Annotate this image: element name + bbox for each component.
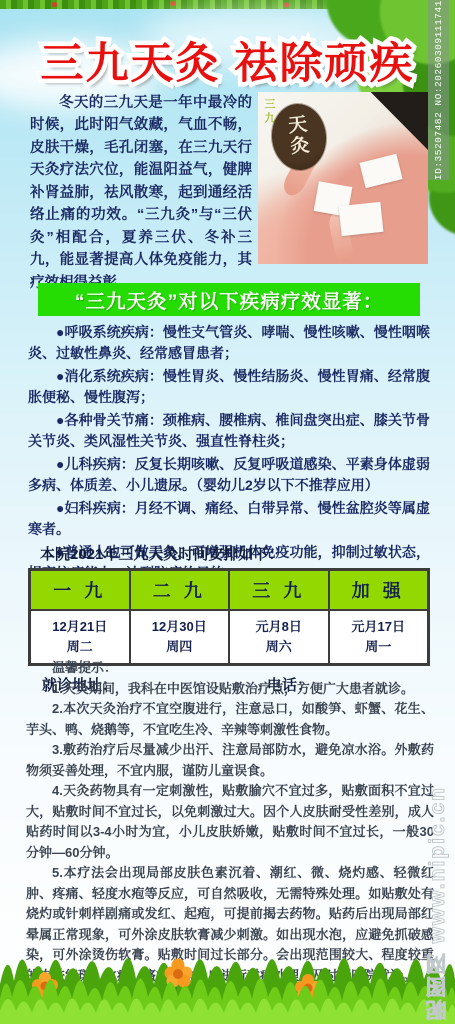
schedule-cell: 元月17日 周一: [329, 610, 429, 664]
schedule-weekday: 周六: [230, 637, 328, 657]
schedule-cell: 元月8日 周六: [229, 610, 329, 664]
schedule-col-header: 加 强: [329, 570, 429, 610]
watermark-site-logo: 昵图网 www.nipic.cn: [423, 786, 453, 1020]
tips-item-4: 4.天灸药物具有一定刺激性，贴敷腧穴不宜过多，贴敷面积不宜过大，贴敷时间不宜过长…: [26, 781, 434, 863]
schedule-weekday: 周四: [131, 637, 229, 657]
disease-item-pediatric: ●儿科疾病：反复长期咳嗽、反复呼吸道感染、平素身体虚弱多病、体质差、小儿遗尿。（…: [28, 454, 430, 496]
schedule-col-header: 二 九: [130, 570, 230, 610]
schedule-table: 一 九 二 九 三 九 加 强 12月21日 周二 12月30日 周四 元月8日…: [28, 568, 430, 666]
tianjiu-seal: 天 灸: [269, 101, 330, 172]
seal-char-bottom: 灸: [290, 136, 311, 159]
tips-item-1: 1.天灸期间，我科在中医馆设贴敷治疗点，方便广大患者就诊。: [26, 679, 434, 700]
schedule-date: 12月21日: [31, 617, 129, 637]
schedule-date: 元月17日: [330, 617, 428, 637]
moxibustion-photo: 三九 天 灸: [258, 92, 428, 264]
herbal-patch: [339, 202, 384, 236]
schedule-date: 12月30日: [131, 617, 229, 637]
disease-item-joint: ●各种骨关节痛：颈椎病、腰椎病、椎间盘突出症、膝关节骨关节炎、类风湿性关节炎、强…: [28, 410, 430, 452]
disease-item-digestive: ●消化系统疾病：慢性胃炎、慢性结肠炎、慢性胃痛、经常腹胀便秘、慢性腹泻；: [28, 366, 430, 408]
schedule-col-header: 三 九: [229, 570, 329, 610]
schedule-heading: 本院2021年三九天灸时间安排如下：: [40, 543, 430, 564]
disease-item-respiratory: ●呼吸系统疾病：慢性支气管炎、哮喘、慢性咳嗽、慢性咽喉炎、过敏性鼻炎、经常感冒患…: [28, 322, 430, 364]
schedule-col-header: 一 九: [30, 570, 130, 610]
tips-item-3: 3.敷药治疗后尽量减少出汗、注意局部防水，避免凉水浴。外敷药物须妥善处理，不宜内…: [26, 740, 434, 781]
schedule-date: 元月8日: [230, 617, 328, 637]
effect-banner: “三九天灸”对以下疾病疗效显著：: [38, 283, 420, 316]
schedule-cell: 12月30日 周四: [130, 610, 230, 664]
tips-item-2: 2.本次天灸治疗不宜空腹进行，注意忌口，如酸笋、虾蟹、花生、芋头、鸭、烧鹅等，不…: [26, 699, 434, 740]
schedule-weekday: 周一: [330, 637, 428, 657]
poster-root: 三九天灸 祛除顽疾 三九天灸 祛除顽疾 冬天的三九天是一年中最冷的时候，此时阳气…: [0, 0, 455, 1024]
schedule-weekday: 周二: [31, 637, 129, 657]
watermark-id-strip: ID:35207482 NO:20260309111741349100: [428, 0, 449, 180]
disease-item-gynecologic: ●妇科疾病：月经不调、痛经、白带异常、慢性盆腔炎等属虚寒者。: [28, 498, 430, 540]
photo-hair-shape: [358, 92, 428, 150]
grass-decoration: [0, 929, 455, 1024]
poster-title: 三九天灸 祛除顽疾 三九天灸 祛除顽疾: [0, 30, 455, 94]
schedule-cell: 12月21日 周二: [30, 610, 130, 664]
watermark-id-text: ID:35207482 NO:20260309111741349100: [433, 0, 444, 180]
tips-title: 温馨提示：: [26, 658, 434, 679]
intro-paragraph: 冬天的三九天是一年中最冷的时候，此时阳气敛藏，气血不畅，皮肤干燥，毛孔闭塞，在三…: [30, 92, 252, 270]
poster-title-text: 三九天灸 祛除顽疾: [0, 30, 455, 91]
herbal-patch: [359, 154, 402, 188]
intro-section: 冬天的三九天是一年中最冷的时候，此时阳气敛藏，气血不畅，皮肤干燥，毛孔闭塞，在三…: [30, 92, 428, 270]
